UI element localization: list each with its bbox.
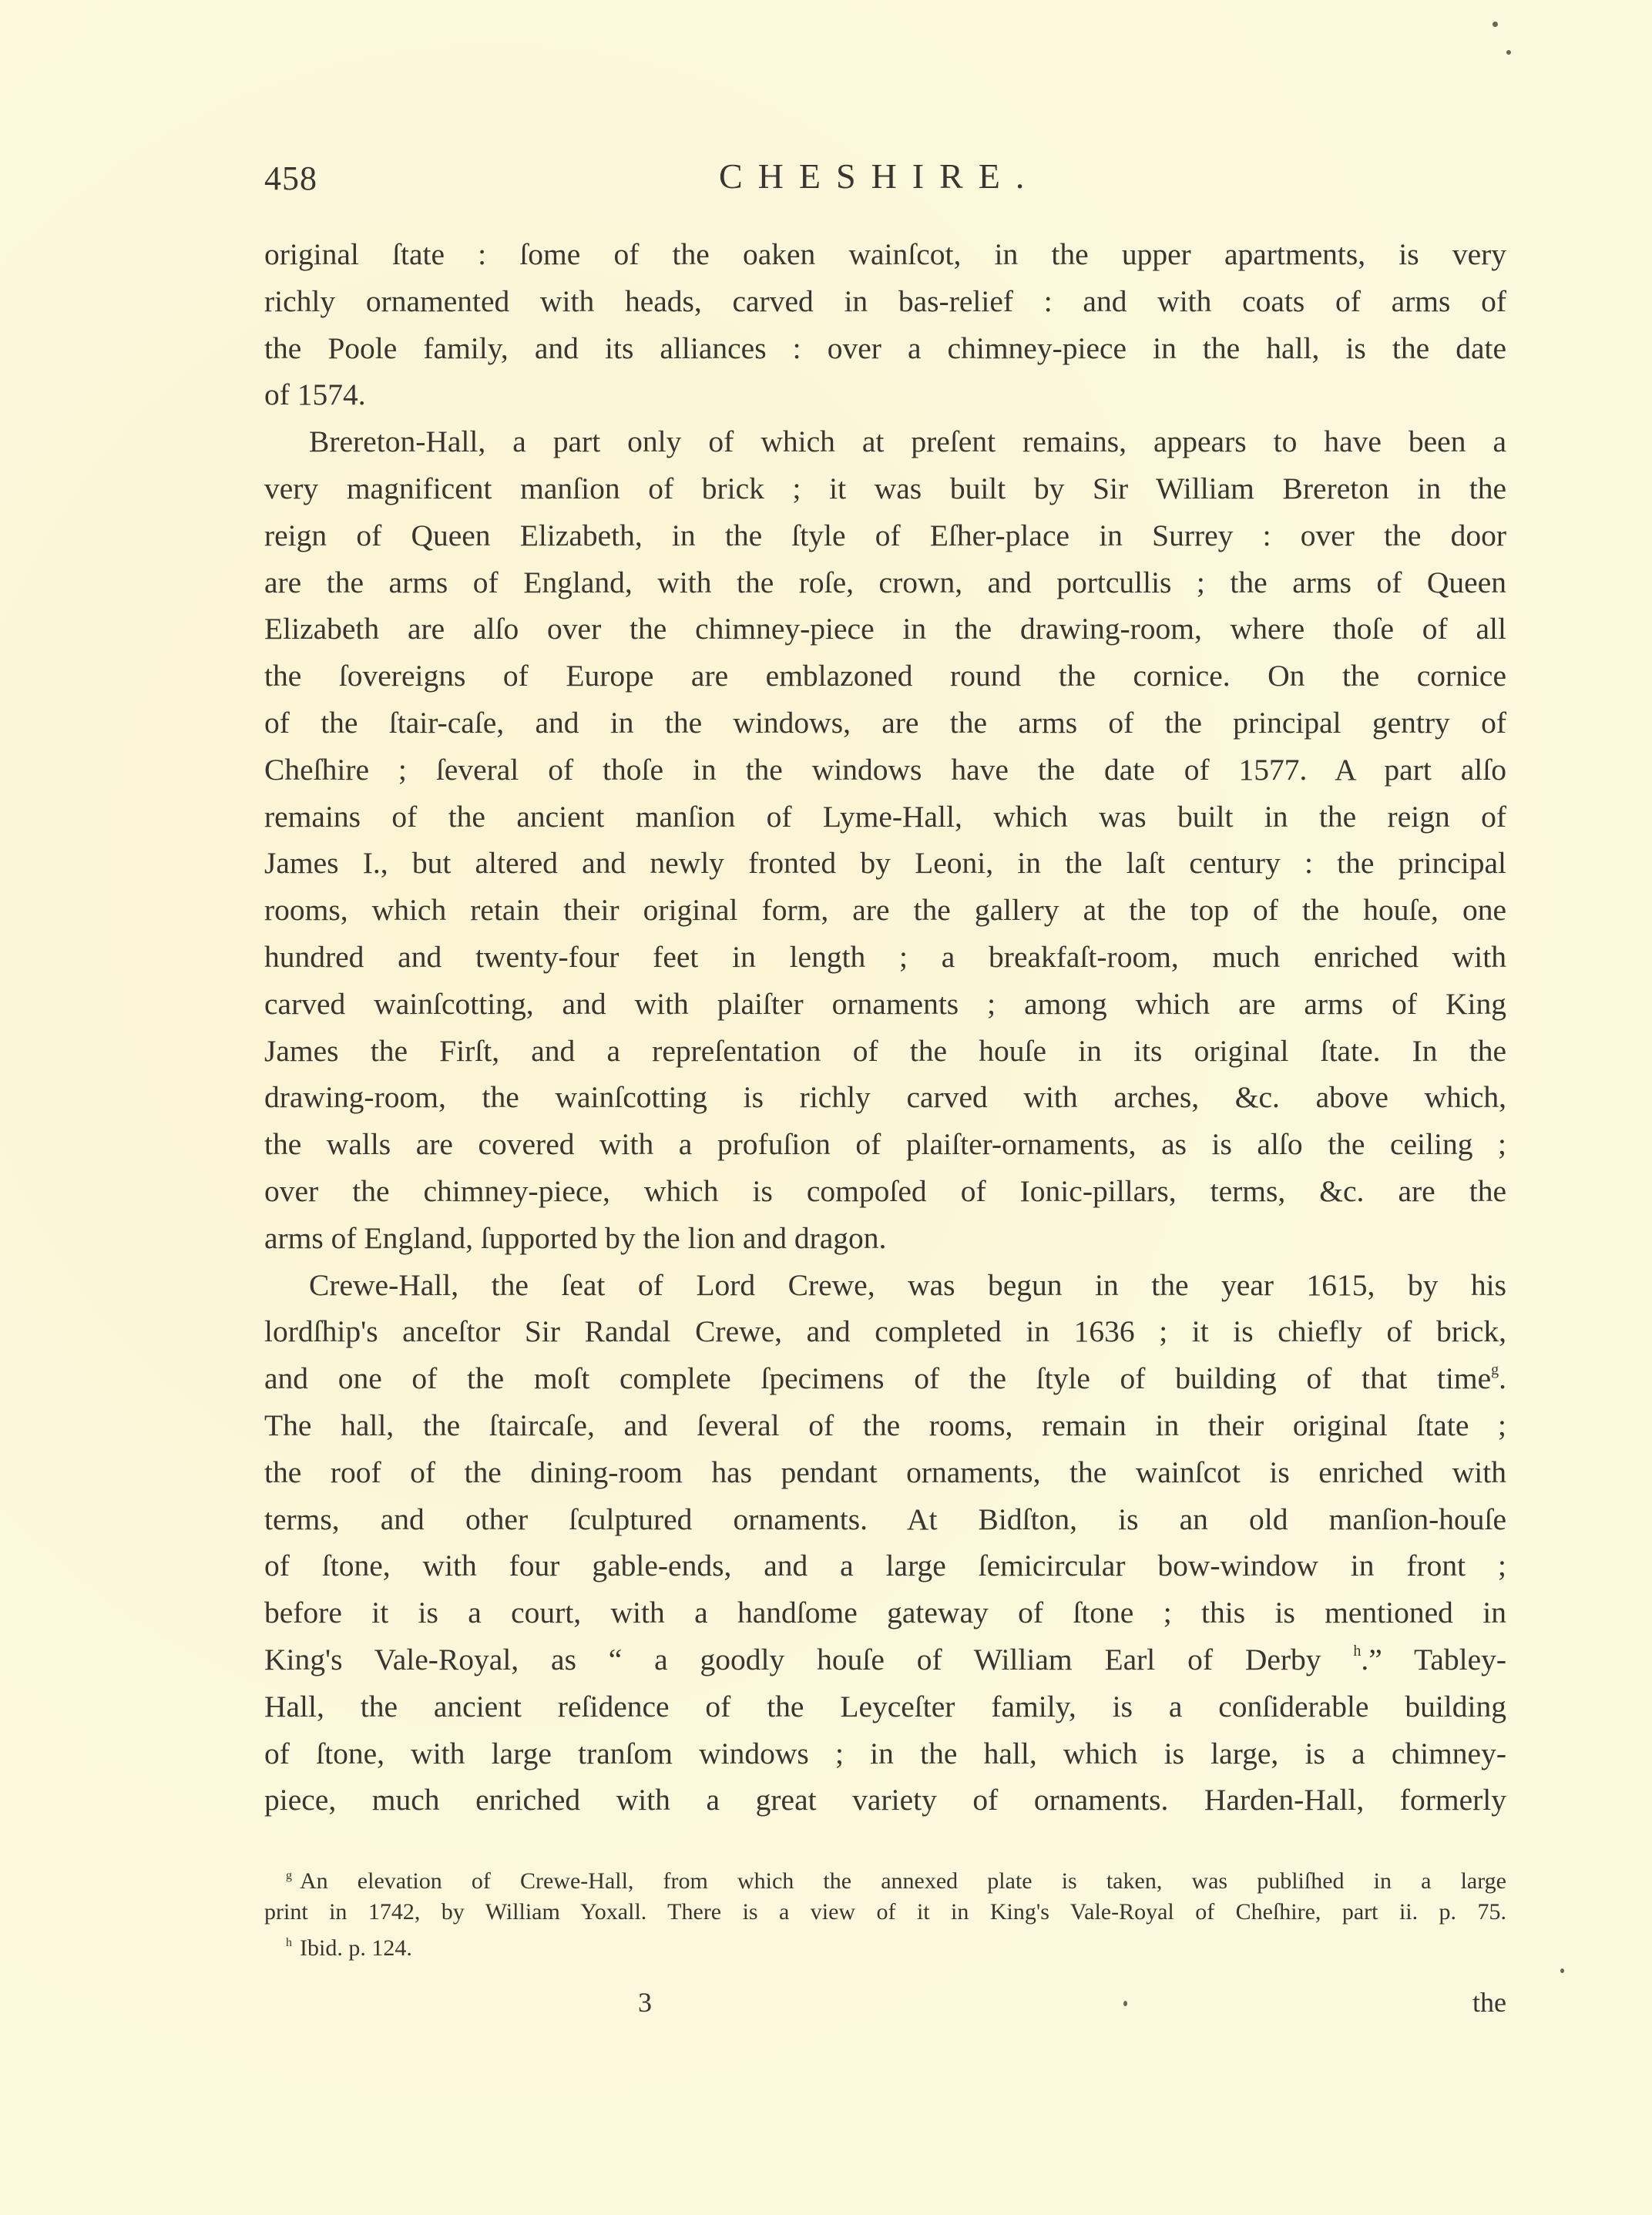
text-line: of ſtone, with four gable-ends, and a la…: [264, 1542, 1506, 1589]
text-line: James I., but altered and newly fronted …: [264, 840, 1506, 887]
text-line: drawing-room, the wainſcotting is richly…: [264, 1074, 1506, 1121]
text-line: carved wainſcotting, and with plaiſter o…: [264, 981, 1506, 1028]
text-line: richly ornamented with heads, carved in …: [264, 278, 1506, 325]
text-line: terms, and other ſculptured ornaments. A…: [264, 1496, 1506, 1543]
text-line: of 1574.: [264, 371, 1506, 418]
paper-speck: [1506, 50, 1511, 55]
text-line: hundred and twenty-four feet in length ;…: [264, 934, 1506, 981]
paragraph-start-brereton-hall: Brereton-Hall, a part only of which at p…: [264, 418, 1506, 465]
page-footer: 3 the: [264, 1986, 1506, 2025]
running-title: CHESHIRE.: [719, 156, 1039, 196]
catchword: the: [1472, 1986, 1506, 2019]
signature-mark: 3: [638, 1986, 652, 2019]
footnote-mark: g: [286, 1869, 292, 1882]
page-number: 458: [264, 159, 317, 198]
text-line: the roof of the dining-room has pendant …: [264, 1449, 1506, 1496]
footnote-ref-g[interactable]: g: [1491, 1361, 1499, 1378]
text-line: The hall, the ſtaircaſe, and ſeveral of …: [264, 1402, 1506, 1449]
footnote-mark: h: [286, 1936, 292, 1949]
text-line: before it is a court, with a handſome ga…: [264, 1589, 1506, 1636]
text-line: the walls are covered with a profuſion o…: [264, 1121, 1506, 1168]
text-line: reign of Queen Elizabeth, in the ſtyle o…: [264, 512, 1506, 559]
text-line-with-footnote-ref: and one of the moſt complete ſpecimens o…: [264, 1355, 1506, 1402]
text-line: Cheſhire ; ſeveral of thoſe in the windo…: [264, 747, 1506, 794]
text-line: arms of England, ſupported by the lion a…: [264, 1215, 1506, 1262]
text-line: the Poole family, and its alliances : ov…: [264, 325, 1506, 372]
paper-speck: [1493, 22, 1498, 27]
paper-speck: [1560, 1968, 1564, 1973]
text-line: Elizabeth are alſo over the chimney-piec…: [264, 606, 1506, 653]
footnote-g-continued: print in 1742, by William Yoxall. There …: [264, 1897, 1506, 1928]
footnote-h: hIbid. p. 124.: [286, 1928, 1506, 1964]
text-line: Hall, the ancient reſidence of the Leyce…: [264, 1683, 1506, 1730]
text-line: over the chimney-piece, which is compoſe…: [264, 1168, 1506, 1215]
text-line: very magnificent manſion of brick ; it w…: [264, 465, 1506, 512]
text-line: the ſovereigns of Europe are emblazoned …: [264, 653, 1506, 700]
footnote-g: gAn elevation of Crewe-Hall, from which …: [286, 1861, 1506, 1897]
page-header: 458 CHESHIRE.: [264, 151, 1506, 205]
text-line: are the arms of England, with the roſe, …: [264, 559, 1506, 606]
text-line: of the ſtair-caſe, and in the windows, a…: [264, 700, 1506, 747]
footnote-ref-h[interactable]: h: [1353, 1643, 1361, 1660]
text-line: piece, much enriched with a great variet…: [264, 1777, 1506, 1824]
paragraph-start-crewe-hall: Crewe-Hall, the ſeat of Lord Crewe, was …: [264, 1262, 1506, 1309]
body-text: original ſtate : ſome of the oaken wainſ…: [264, 231, 1506, 1824]
text-line: lordſhip's anceſtor Sir Randal Crewe, an…: [264, 1308, 1506, 1355]
footnotes: gAn elevation of Crewe-Hall, from which …: [286, 1861, 1506, 1964]
text-line: remains of the ancient manſion of Lyme-H…: [264, 794, 1506, 841]
paper-speck: [1123, 2001, 1127, 2006]
text-line: rooms, which retain their original form,…: [264, 887, 1506, 934]
text-line: original ſtate : ſome of the oaken wainſ…: [264, 231, 1506, 278]
text-line: James the Firſt, and a repreſentation of…: [264, 1028, 1506, 1075]
text-line-with-footnote-ref: King's Vale-Royal, as “ a goodly houſe o…: [264, 1636, 1506, 1683]
text-line: of ſtone, with large tranſom windows ; i…: [264, 1730, 1506, 1777]
